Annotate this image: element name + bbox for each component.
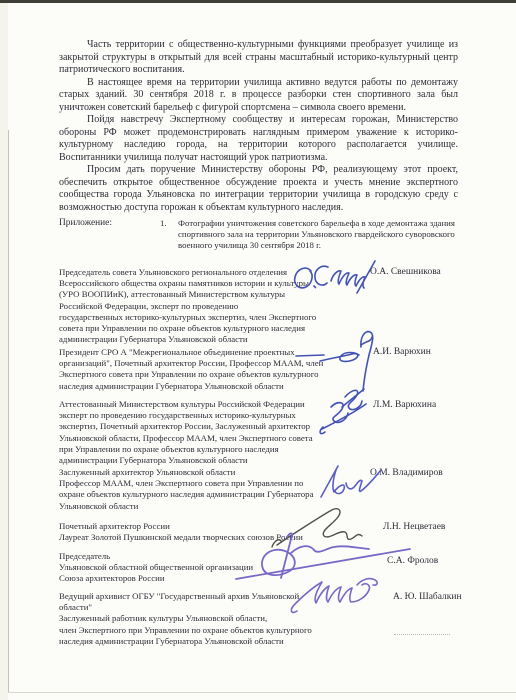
- attachment-label: Приложение:: [59, 218, 112, 229]
- position-line: эксперт по проведению государственных ис…: [59, 410, 359, 421]
- signatory-position-block: Президент СРО А "Межрегиональное объедин…: [59, 347, 359, 392]
- position-line: Всероссийского общества охраны памятнико…: [59, 278, 359, 289]
- position-line: (УРО ВООПИиК), аттестованный Министерств…: [59, 289, 359, 300]
- shabalkin-name-underline: [394, 634, 450, 635]
- position-line: Президент СРО А "Межрегиональное объедин…: [59, 347, 359, 358]
- position-line: Ульяновской области: [59, 501, 359, 512]
- position-line: Заслуженный работник культуры Ульяновско…: [59, 613, 359, 624]
- position-line: при Управлении по охране объектов культу…: [59, 444, 359, 455]
- position-line: Союза архитекторов России: [59, 573, 359, 584]
- position-line: член Экспертного при Управлении по охран…: [59, 625, 359, 636]
- signatory-name: А.И. Варюхин: [373, 347, 431, 357]
- position-line: Аттестованный Министерством культуры Рос…: [59, 399, 359, 410]
- position-line: Ульяновской областной общественной орган…: [59, 562, 359, 573]
- position-line: Лауреат Золотой Пушкинской медали творче…: [59, 532, 359, 543]
- position-line: наследия администрации Губернатора Ульян…: [59, 381, 359, 392]
- signatory-position-block: Заслуженный архитектор Ульяновской облас…: [59, 467, 359, 512]
- position-line: Экспертного совета при Управлении по охр…: [59, 369, 359, 380]
- scan-edge-bottom: [8, 692, 516, 693]
- scan-left-margin: [0, 3, 8, 700]
- signatory-position-block: ПредседательУльяновской областной общест…: [59, 551, 359, 585]
- attachment-line: Фотографии уничтожения советского барель…: [178, 218, 455, 229]
- position-line: Почетный архитектор России: [59, 521, 359, 532]
- attachment-item-number: 1.: [160, 218, 167, 229]
- position-line: совета при Управлении по охране объектов…: [59, 323, 359, 334]
- attachment-text: Фотографии уничтожения советского барель…: [178, 218, 455, 251]
- position-line: организаций", Почетный архитектор России…: [59, 358, 359, 369]
- scanned-letter-page: Часть территории с общественно-культурны…: [0, 0, 516, 700]
- position-line: экспертиз, Почетный архитектор России, З…: [59, 421, 359, 432]
- position-line: области": [59, 602, 359, 613]
- position-line: Российской Федерации, эксперт по проведе…: [59, 301, 359, 312]
- position-line: администрации Губернатора Ульяновской об…: [59, 334, 359, 345]
- position-line: Профессор МААМ, член Экспертного совета …: [59, 478, 359, 489]
- scan-edge-left-line: [8, 130, 9, 692]
- signatory-position-block: Аттестованный Министерством культуры Рос…: [59, 399, 359, 466]
- position-line: государственных историко-культурных эксп…: [59, 312, 359, 323]
- signatory-position-block: Председатель совета Ульяновского региона…: [59, 267, 359, 345]
- position-line: администрации Губернатора Ульяновской об…: [59, 455, 359, 466]
- signatory-position-block: Ведущий архивист ОГБУ "Государственный а…: [59, 591, 359, 647]
- scan-edge-top: [0, 0, 516, 3]
- paragraph: Просим дать поручение Министерству оборо…: [59, 164, 458, 214]
- signatory-name: А. Ю. Шабалкин: [393, 592, 462, 602]
- position-line: Председатель совета Ульяновского региона…: [59, 267, 359, 278]
- position-line: Ульяновской области, Профессор МААМ, чле…: [59, 433, 359, 444]
- signatory-position-block: Почетный архитектор РоссииЛауреат Золото…: [59, 521, 359, 543]
- paragraph: В настоящее время на территории училища …: [59, 77, 458, 115]
- signatory-name: С.А. Фролов: [387, 556, 438, 566]
- signatory-name: Л.М. Варюхина: [373, 400, 436, 410]
- position-line: охране объектов культурного наследия адм…: [59, 489, 359, 500]
- attachment-line: военного училища 30 сентября 2018 г.: [178, 240, 455, 251]
- signatory-name: О.М. Владимиров: [370, 468, 443, 478]
- position-line: Ведущий архивист ОГБУ "Государственный а…: [59, 591, 359, 602]
- paragraph: Пойдя навстречу Экспертному сообществу и…: [59, 114, 458, 164]
- position-line: Председатель: [59, 551, 359, 562]
- signatory-name: Л.Н. Нецветаев: [383, 522, 445, 532]
- position-line: наследия администрации Губернатора Ульян…: [59, 636, 359, 647]
- position-line: Заслуженный архитектор Ульяновской облас…: [59, 467, 359, 478]
- attachment-line: спортивного зала на территории Ульяновск…: [178, 229, 455, 240]
- signatory-name: О.А. Свешникова: [370, 267, 441, 277]
- paragraph: Часть территории с общественно-культурны…: [59, 39, 458, 77]
- body-paragraphs: Часть территории с общественно-культурны…: [59, 39, 458, 214]
